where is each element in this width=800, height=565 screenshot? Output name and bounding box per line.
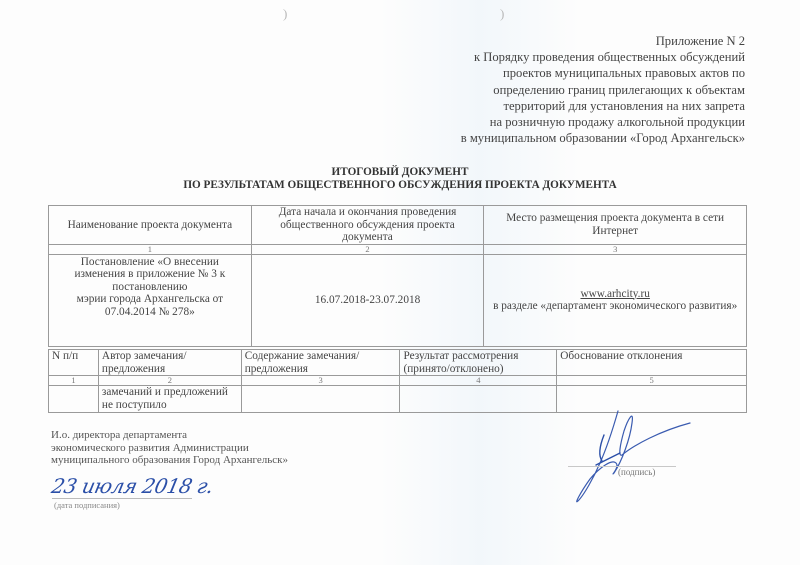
comment-author-cell: замечаний и предложений не поступило	[98, 386, 241, 413]
header-row-number: N п/п	[49, 350, 99, 376]
header-internet-location: Место размещения проекта документа в сет…	[484, 206, 747, 245]
appendix-line: Приложение N 2	[345, 33, 745, 49]
discussion-dates-cell: 16.07.2018-23.07.2018	[251, 254, 484, 346]
column-number: 2	[251, 244, 484, 254]
date-underline	[52, 498, 192, 499]
project-name-line: Постановление «О внесении	[52, 256, 248, 269]
handwritten-signature-icon	[570, 405, 710, 505]
comments-table-number-row: 1 2 3 4 5	[49, 376, 747, 386]
project-name-line: 07.04.2014 № 278»	[52, 306, 248, 319]
appendix-line: проектов муниципальных правовых актов по	[345, 65, 745, 81]
column-number: 2	[98, 376, 241, 386]
project-table-row: Постановление «О внесении изменения в пр…	[49, 254, 747, 346]
project-name-cell: Постановление «О внесении изменения в пр…	[49, 254, 252, 346]
header-project-name: Наименование проекта документа	[49, 206, 252, 245]
column-number: 3	[241, 376, 400, 386]
column-number: 4	[400, 376, 557, 386]
location-note: в разделе «департамент экономического ра…	[487, 300, 743, 313]
appendix-line: определению границ прилегающих к объекта…	[345, 82, 745, 98]
row-number-cell	[49, 386, 99, 413]
internet-location-cell: www.arhcity.ru в разделе «департамент эк…	[484, 254, 747, 346]
signer-block: И.о. директора департамента экономическо…	[51, 429, 288, 467]
project-name-line: мэрии города Архангельска от	[52, 293, 248, 306]
comment-content-cell	[241, 386, 400, 413]
comments-table: N п/п Автор замечания/предложения Содерж…	[48, 349, 747, 413]
signature-caption: (подпись)	[618, 467, 655, 477]
document-title-line-1: ИТОГОВЫЙ ДОКУМЕНТ	[0, 166, 800, 179]
appendix-header: Приложение N 2 к Порядку проведения обще…	[345, 33, 745, 146]
signer-line: И.о. директора департамента	[51, 429, 288, 442]
project-name-line: изменения в приложение № 3 к	[52, 268, 248, 281]
appendix-line: к Порядку проведения общественных обсужд…	[345, 49, 745, 65]
page-mark-left: )	[283, 6, 287, 22]
signer-line: муниципального образования Город Арханге…	[51, 454, 288, 467]
appendix-line: на розничную продажу алкогольной продукц…	[345, 114, 745, 130]
header-review-result: Результат рассмотрения (принято/отклонен…	[400, 350, 557, 376]
website-link[interactable]: www.arhcity.ru	[487, 288, 743, 301]
header-comment-author: Автор замечания/предложения	[98, 350, 241, 376]
header-comment-content: Содержание замечания/предложения	[241, 350, 400, 376]
appendix-line: в муниципальном образовании «Город Архан…	[345, 130, 745, 146]
review-result-cell	[400, 386, 557, 413]
appendix-line: территорий для установления на них запре…	[345, 98, 745, 114]
project-table-header-row: Наименование проекта документа Дата нача…	[49, 206, 747, 245]
project-table: Наименование проекта документа Дата нача…	[48, 205, 747, 347]
column-number: 1	[49, 376, 99, 386]
header-rejection-reason: Обоснование отклонения	[557, 350, 747, 376]
header-discussion-dates: Дата начала и окончания проведения общес…	[251, 206, 484, 245]
signer-line: экономического развития Администрации	[51, 442, 288, 455]
date-caption: (дата подписания)	[54, 500, 120, 510]
column-number: 1	[49, 244, 252, 254]
project-table-number-row: 1 2 3	[49, 244, 747, 254]
column-number: 5	[557, 376, 747, 386]
comments-table-header-row: N п/п Автор замечания/предложения Содерж…	[49, 350, 747, 376]
document-title-line-2: ПО РЕЗУЛЬТАТАМ ОБЩЕСТВЕННОГО ОБСУЖДЕНИЯ …	[0, 179, 800, 192]
handwritten-signing-date: 23 июля 2018 г.	[49, 474, 215, 498]
document-title: ИТОГОВЫЙ ДОКУМЕНТ ПО РЕЗУЛЬТАТАМ ОБЩЕСТВ…	[0, 166, 800, 192]
project-name-line: постановлению	[52, 281, 248, 294]
page-mark-right: )	[500, 6, 504, 22]
column-number: 3	[484, 244, 747, 254]
